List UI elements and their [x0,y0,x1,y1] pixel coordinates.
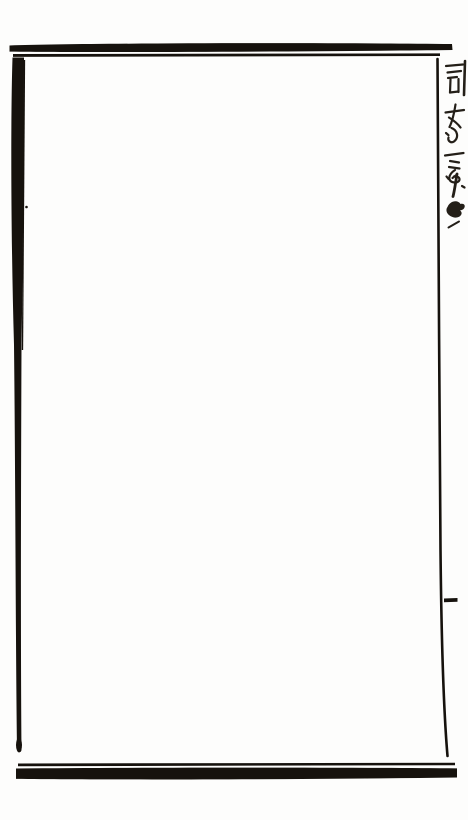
bottom-border-bar [16,768,457,780]
fore-edge-marginalia [445,61,465,228]
left-bar-ink-blob [12,81,19,103]
bottom-border-rule [18,763,455,767]
handwritten-char-2 [446,105,465,143]
left-bar-ink-blob [14,287,22,313]
handwritten-char-5 [446,201,464,217]
handwritten-char-1 [446,61,465,95]
page-number-tick [444,598,458,602]
top-border-rule [13,53,440,57]
left-bar-ink-blob [12,152,21,182]
printed-frame [10,43,458,779]
ink-slash-mark [449,222,460,228]
top-border-bar [10,43,453,52]
ink-speck [25,206,28,209]
right-border-rule [438,59,448,756]
handwritten-char-4 [453,174,458,197]
left-bar-ink-blob [16,738,22,753]
page-scan-graphic [0,0,468,820]
scanned-book-page [0,0,468,820]
